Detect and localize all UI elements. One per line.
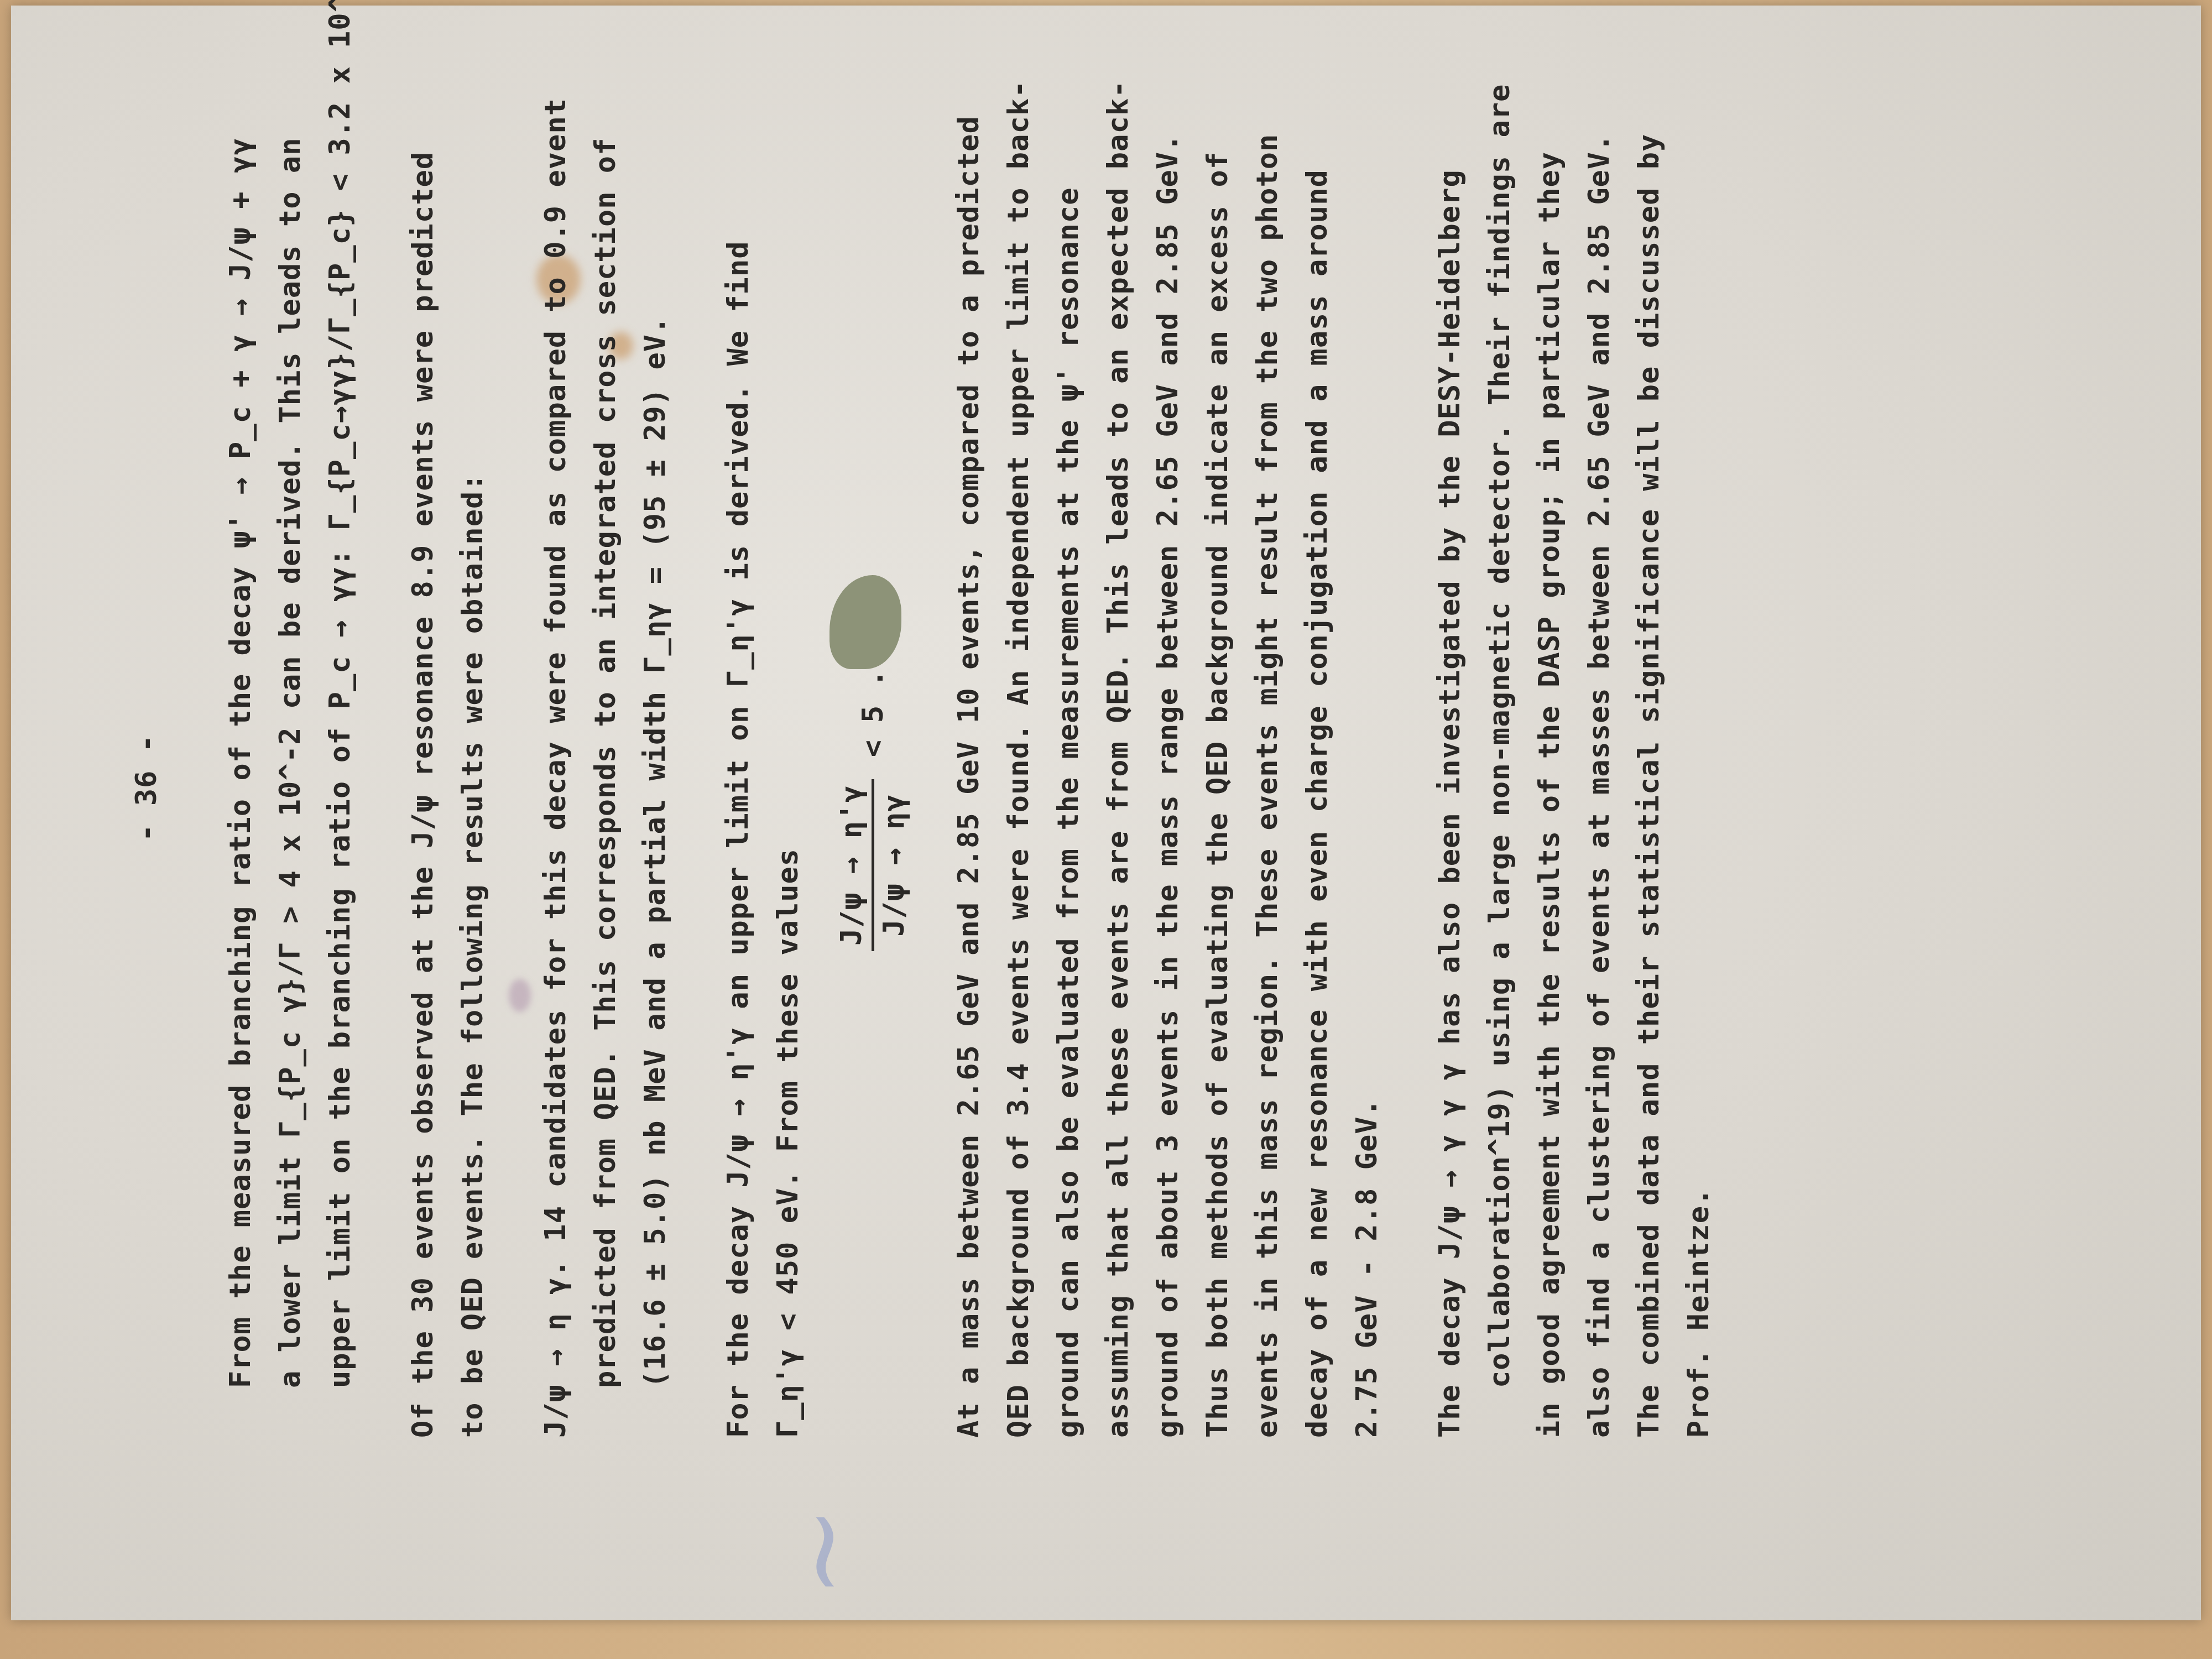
relation-symbol: <	[848, 739, 898, 757]
fraction-numerator: J/ψ → η'γ	[835, 779, 874, 951]
text-line: also find a clustering of events at mass…	[1574, 55, 1624, 1438]
text-line: decay of a new resonance with even charg…	[1292, 55, 1342, 1438]
text-line: For the decay J/ψ → η'γ an upper limit o…	[713, 55, 763, 1438]
ratio-formula: J/ψ → η'γ J/ψ → ηγ < 5 .	[835, 55, 911, 951]
text-line: Of the 30 events observed at the J/ψ res…	[398, 55, 448, 1438]
text-line: Thus both methods of evaluating the QED …	[1193, 55, 1243, 1438]
text-line: (16.6 ± 5.0) nb MeV and a partial width …	[630, 55, 680, 1438]
text-line: QED background of 3.4 events were found.…	[994, 55, 1044, 1438]
text-line: predicted from QED. This corresponds to …	[581, 55, 630, 1438]
paragraph-eta-gamma: J/ψ → η γ. 14 candidates for this decay …	[531, 55, 680, 1438]
text-line: J/ψ → η γ. 14 candidates for this decay …	[531, 55, 581, 1438]
text-line: assuming that all these events are from …	[1093, 55, 1143, 1438]
page-content: - 36 - From the measured branching ratio…	[122, 55, 1757, 1438]
text-line: a lower limit Γ_{P_c γ}/Γ > 4 x 10^-2 ca…	[265, 55, 315, 1438]
paragraph-qed-events: Of the 30 events observed at the J/ψ res…	[398, 55, 498, 1438]
text-line: events in this mass region. These events…	[1243, 55, 1292, 1438]
text-line: to be QED events. The following results …	[448, 55, 498, 1438]
text-line: Prof. Heintze.	[1674, 55, 1724, 1438]
text-line: The decay J/ψ → γ γ γ has also been inve…	[1425, 55, 1475, 1438]
document-page: ~ - 36 - From the measured branching rat…	[11, 6, 2201, 1620]
text-line: At a mass between 2.65 GeV and 2.85 GeV …	[944, 55, 994, 1438]
paragraph-desy-heidelberg: The decay J/ψ → γ γ γ has also been inve…	[1425, 55, 1724, 1438]
text-line: collaboration^19) using a large non-magn…	[1475, 55, 1525, 1438]
pen-scribble: ~	[758, 1505, 886, 1598]
text-line: ground of about 3 events in the mass ran…	[1143, 55, 1193, 1438]
paragraph-branching-ratio: From the measured branching ratio of the…	[216, 55, 365, 1438]
text-line: Γ_η'γ < 450 eV. From these values	[763, 55, 813, 1438]
fraction: J/ψ → η'γ J/ψ → ηγ	[835, 779, 911, 951]
text-line: From the measured branching ratio of the…	[216, 55, 265, 1438]
text-line: 2.75 GeV - 2.8 GeV.	[1342, 55, 1392, 1438]
text-line: The combined data and their statistical …	[1624, 55, 1674, 1438]
paragraph-eta-prime: For the decay J/ψ → η'γ an upper limit o…	[713, 55, 813, 1438]
paragraph-mass-region: At a mass between 2.65 GeV and 2.85 GeV …	[944, 55, 1392, 1438]
formula-value: 5 .	[848, 669, 898, 723]
page-number: - 36 -	[122, 55, 171, 1521]
fraction-denominator: J/ψ → ηγ	[874, 788, 911, 942]
text-line: in good agreement with the results of th…	[1525, 55, 1574, 1438]
text-line: upper limit on the branching ratio of P_…	[315, 55, 365, 1438]
text-line: ground can also be evaluated from the me…	[1044, 55, 1093, 1438]
